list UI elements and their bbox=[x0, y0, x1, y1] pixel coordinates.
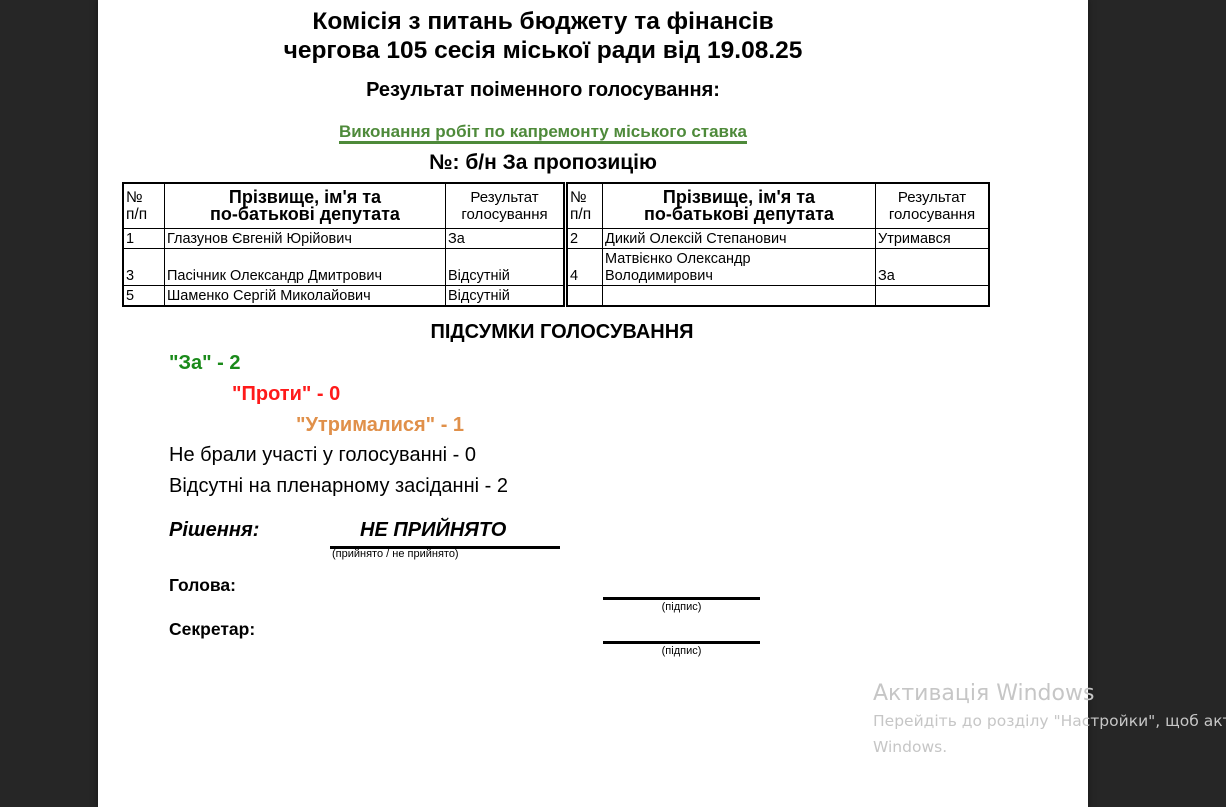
header-name: Прізвище, ім'я тапо-батькові депутата bbox=[165, 183, 446, 228]
row-name: Глазунов Євгеній Юрійович bbox=[165, 228, 446, 248]
head-signature-label: Голова: bbox=[169, 575, 236, 596]
decision-value: НЕ ПРИЙНЯТО bbox=[330, 519, 560, 549]
decision-hint: (прийнято / не прийнято) bbox=[332, 548, 459, 560]
table-row: 2 Дикий Олексій Степанович Утримався bbox=[567, 228, 989, 248]
row-result bbox=[876, 285, 990, 306]
secretary-signature-line bbox=[603, 641, 760, 644]
secretary-signature-label: Секретар: bbox=[169, 619, 255, 640]
row-num: 4 bbox=[567, 248, 603, 285]
table-header-row: №п/п Прізвище, ім'я тапо-батькові депута… bbox=[123, 183, 564, 228]
header-result: Результатголосування bbox=[446, 183, 565, 228]
row-num: 5 bbox=[123, 285, 165, 306]
row-result: Утримався bbox=[876, 228, 990, 248]
row-num bbox=[567, 285, 603, 306]
session-title: чергова 105 сесія міської ради від 19.08… bbox=[98, 36, 988, 66]
summary-absent: Відсутні на пленарному засіданні - 2 bbox=[169, 475, 508, 498]
table-header-row: №п/п Прізвище, ім'я тапо-батькові депута… bbox=[567, 183, 989, 228]
watermark-title: Активація Windows bbox=[873, 680, 1226, 708]
table-row: 5 Шаменко Сергій Миколайович Відсутній bbox=[123, 285, 564, 306]
row-name: Шаменко Сергій Миколайович bbox=[165, 285, 446, 306]
watermark-line2: Windows. bbox=[873, 734, 1226, 760]
row-name: Матвієнко ОлександрВолодимирович bbox=[603, 248, 876, 285]
agenda-topic-text: Виконання робіт по капремонту міського с… bbox=[339, 122, 747, 144]
row-num: 1 bbox=[123, 228, 165, 248]
table-row bbox=[567, 285, 989, 306]
row-num: 2 bbox=[567, 228, 603, 248]
header-name: Прізвище, ім'я тапо-батькові депутата bbox=[603, 183, 876, 228]
vote-result-heading: Результат поіменного голосування: bbox=[98, 79, 988, 102]
document-title: Комісія з питань бюджету та фінансів bbox=[98, 7, 988, 37]
windows-activation-watermark: Активація Windows Перейдіть до розділу "… bbox=[873, 680, 1226, 760]
row-num: 3 bbox=[123, 248, 165, 285]
decision-label: Рішення: bbox=[169, 519, 259, 542]
summary-title: ПІДСУМКИ ГОЛОСУВАННЯ bbox=[98, 321, 1026, 344]
row-name bbox=[603, 285, 876, 306]
secretary-signature-hint: (підпис) bbox=[603, 645, 760, 657]
row-name: Дикий Олексій Степанович bbox=[603, 228, 876, 248]
header-result: Результатголосування bbox=[876, 183, 990, 228]
header-num: №п/п bbox=[123, 183, 165, 228]
summary-not-voted: Не брали участі у голосуванні - 0 bbox=[169, 444, 476, 467]
table-row: 4 Матвієнко ОлександрВолодимирович За bbox=[567, 248, 989, 285]
watermark-line1: Перейдіть до розділу "Настройки", щоб ак… bbox=[873, 708, 1226, 734]
row-result: Відсутній bbox=[446, 248, 565, 285]
row-result: За bbox=[876, 248, 990, 285]
agenda-topic: Виконання робіт по капремонту міського с… bbox=[98, 122, 988, 142]
vote-table-left: №п/п Прізвище, ім'я тапо-батькові депута… bbox=[122, 182, 565, 307]
summary-for: "За" - 2 bbox=[169, 352, 241, 375]
summary-abstain: "Утрималися" - 1 bbox=[296, 414, 464, 437]
head-signature-hint: (підпис) bbox=[603, 601, 760, 613]
row-result: За bbox=[446, 228, 565, 248]
summary-against: "Проти" - 0 bbox=[232, 383, 340, 406]
table-row: 1 Глазунов Євгеній Юрійович За bbox=[123, 228, 564, 248]
table-row: 3 Пасічник Олександр Дмитрович Відсутній bbox=[123, 248, 564, 285]
head-signature-line bbox=[603, 597, 760, 600]
header-num: №п/п bbox=[567, 183, 603, 228]
vote-table-right: №п/п Прізвище, ім'я тапо-батькові депута… bbox=[566, 182, 990, 307]
proposal-number: №: б/н За пропозицію bbox=[98, 151, 988, 175]
row-result: Відсутній bbox=[446, 285, 565, 306]
row-name: Пасічник Олександр Дмитрович bbox=[165, 248, 446, 285]
